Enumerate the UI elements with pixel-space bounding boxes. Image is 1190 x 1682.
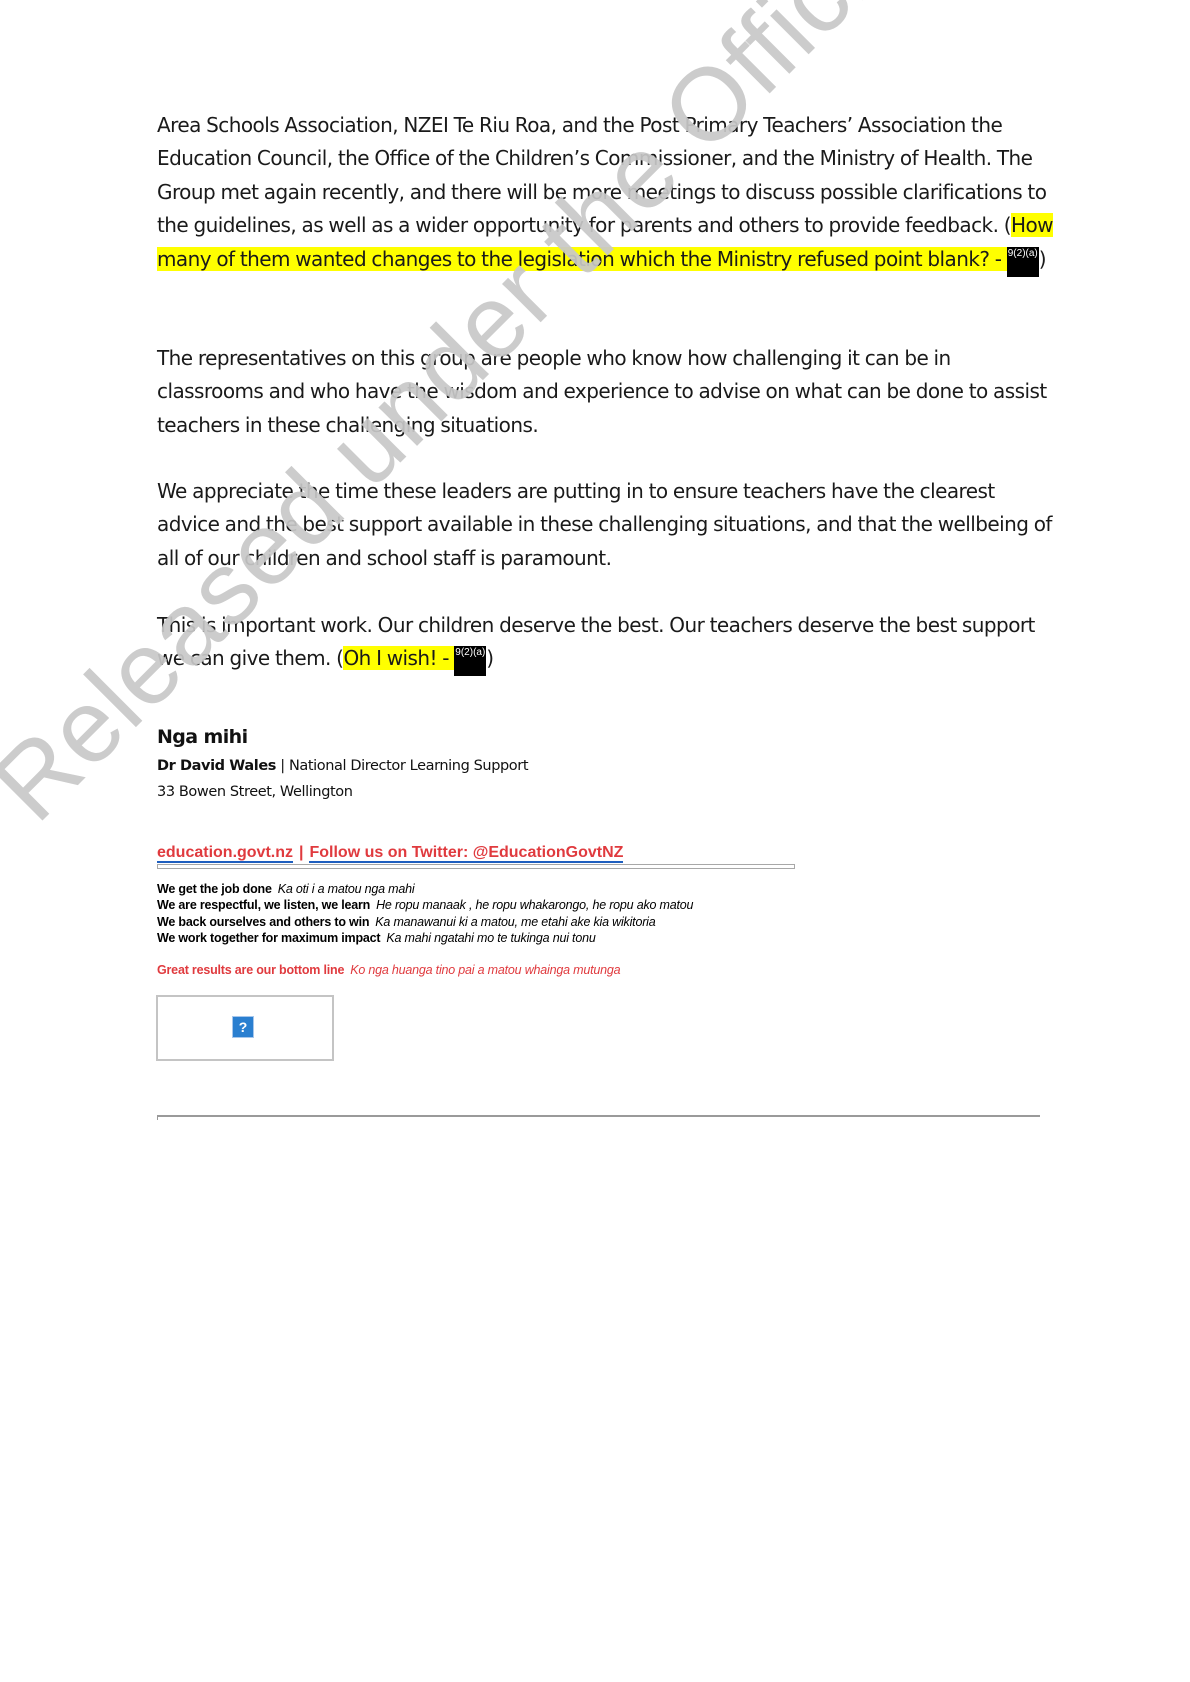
watermark-layer: Released under the Official Information … bbox=[0, 0, 1190, 1682]
oia-watermark: Released under the Official Information … bbox=[0, 0, 1190, 843]
document-page: Area Schools Association, NZEI Te Riu Ro… bbox=[0, 0, 1190, 1682]
